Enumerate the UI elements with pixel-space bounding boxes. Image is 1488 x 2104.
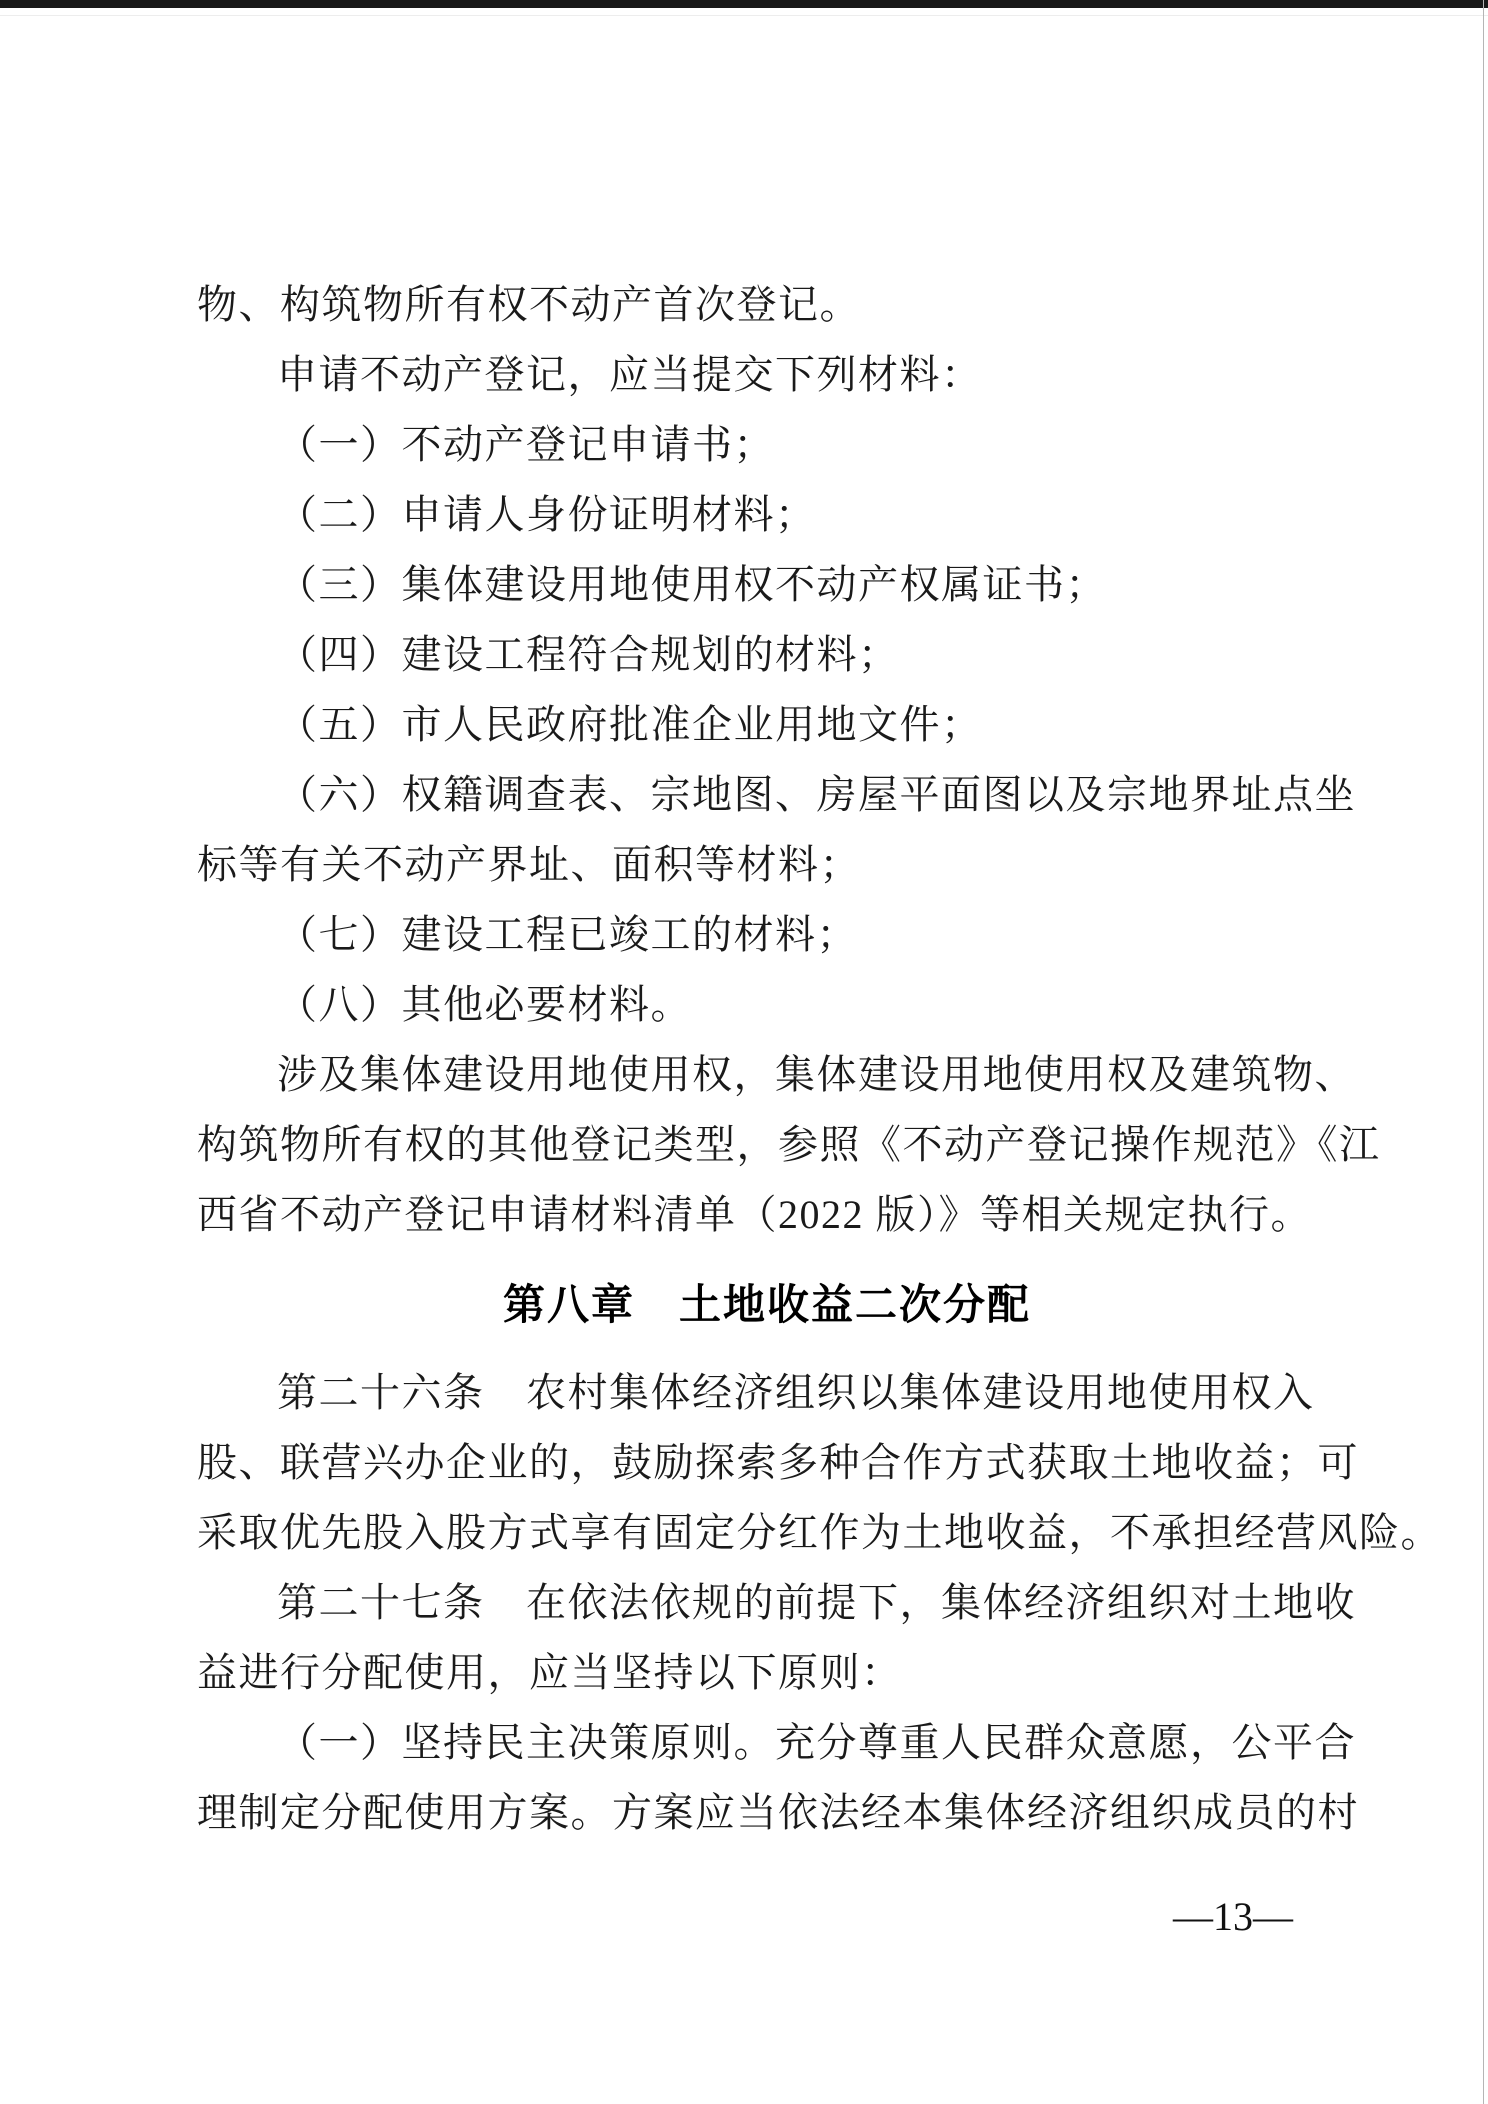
list-item-line: （一）不动产登记申请书； — [197, 410, 1337, 480]
article-line: 益进行分配使用，应当坚持以下原则： — [197, 1638, 1337, 1708]
scan-hairline — [0, 15, 1488, 16]
list-item-line: （三）集体建设用地使用权不动产权属证书； — [197, 550, 1337, 620]
article-line: 第二十七条 在依法依规的前提下，集体经济组织对土地收 — [197, 1568, 1337, 1638]
list-item-line: （五）市人民政府批准企业用地文件； — [197, 690, 1337, 760]
list-item-line: 标等有关不动产界址、面积等材料； — [197, 830, 1337, 900]
article-line: 理制定分配使用方案。方案应当依法经本集体经济组织成员的村 — [197, 1778, 1337, 1848]
article-line: 采取优先股入股方式享有固定分红作为土地收益，不承担经营风险。 — [197, 1498, 1337, 1568]
scan-edge-right — [1483, 0, 1484, 2104]
document-body: 物、构筑物所有权不动产首次登记。 申请不动产登记，应当提交下列材料： （一）不动… — [197, 270, 1337, 1939]
list-item-line: （七）建设工程已竣工的材料； — [197, 900, 1337, 970]
list-item-line: （八）其他必要材料。 — [197, 970, 1337, 1040]
body-line: 涉及集体建设用地使用权，集体建设用地使用权及建筑物、 — [197, 1040, 1337, 1110]
body-line: 物、构筑物所有权不动产首次登记。 — [197, 270, 1337, 340]
article-line: 第二十六条 农村集体经济组织以集体建设用地使用权入 — [197, 1358, 1337, 1428]
chapter-heading: 第八章 土地收益二次分配 — [197, 1270, 1337, 1340]
body-line: 西省不动产登记申请材料清单（2022 版）》等相关规定执行。 — [197, 1180, 1337, 1250]
list-item-line: （二）申请人身份证明材料； — [197, 480, 1337, 550]
article-line: 股、联营兴办企业的，鼓励探索多种合作方式获取土地收益；可 — [197, 1428, 1337, 1498]
body-line: 构筑物所有权的其他登记类型，参照《不动产登记操作规范》《江 — [197, 1110, 1337, 1180]
scan-edge-top — [0, 0, 1488, 8]
article-line: （一）坚持民主决策原则。充分尊重人民群众意愿，公平合 — [197, 1708, 1337, 1778]
body-line: 申请不动产登记，应当提交下列材料： — [197, 340, 1337, 410]
list-item-line: （四）建设工程符合规划的材料； — [197, 620, 1337, 690]
list-item-line: （六）权籍调查表、宗地图、房屋平面图以及宗地界址点坐 — [197, 760, 1337, 830]
page-number: —13— — [197, 1895, 1337, 1939]
